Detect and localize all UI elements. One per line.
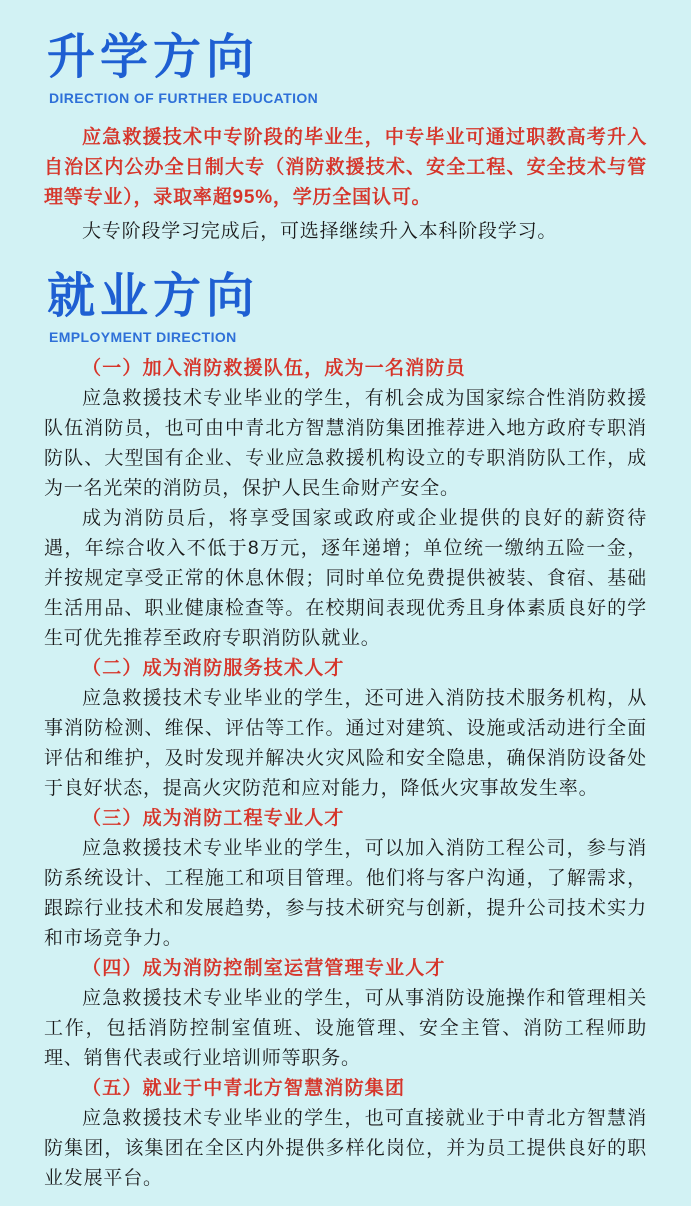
paragraph-fire-service-tech: 应急救援技术专业毕业的学生，还可进入消防技术服务机构，从事消防检测、维保、评估等… [44,684,647,804]
section-further-education: 升学方向 DIRECTION OF FURTHER EDUCATION 应急救援… [44,30,647,247]
subheading-5-zhongqing-group: （五）就业于中青北方智慧消防集团 [44,1074,647,1104]
further-education-subtitle-en: DIRECTION OF FURTHER EDUCATION [49,89,647,107]
further-education-body-paragraph: 大专阶段学习完成后，可选择继续升入本科阶段学习。 [44,217,647,247]
further-education-red-paragraph: 应急救援技术中专阶段的毕业生，中专毕业可通过职教高考升入自治区内公办全日制大专（… [44,123,647,213]
employment-title: 就业方向 [47,269,647,324]
subheading-1-firefighter: （一）加入消防救援队伍，成为一名消防员 [44,354,647,384]
subheading-3-fire-engineering: （三）成为消防工程专业人才 [44,804,647,834]
paragraph-firefighter-2: 成为消防员后，将享受国家或政府或企业提供的良好的薪资待遇，年综合收入不低于8万元… [44,504,647,654]
subheading-4-control-room-management: （四）成为消防控制室运营管理专业人才 [44,954,647,984]
section-employment: 就业方向 EMPLOYMENT DIRECTION （一）加入消防救援队伍，成为… [44,269,647,1194]
paragraph-control-room-management: 应急救援技术专业毕业的学生，可从事消防设施操作和管理相关工作，包括消防控制室值班… [44,984,647,1074]
further-education-title: 升学方向 [47,30,647,85]
employment-subtitle-en: EMPLOYMENT DIRECTION [49,328,647,346]
paragraph-fire-engineering: 应急救援技术专业毕业的学生，可以加入消防工程公司，参与消防系统设计、工程施工和项… [44,834,647,954]
subheading-2-fire-service-tech: （二）成为消防服务技术人才 [44,654,647,684]
paragraph-firefighter-1: 应急救援技术专业毕业的学生，有机会成为国家综合性消防救援队伍消防员，也可由中青北… [44,384,647,504]
paragraph-zhongqing-group: 应急救援技术专业毕业的学生，也可直接就业于中青北方智慧消防集团，该集团在全区内外… [44,1104,647,1194]
poster-page: 升学方向 DIRECTION OF FURTHER EDUCATION 应急救援… [0,0,691,1206]
